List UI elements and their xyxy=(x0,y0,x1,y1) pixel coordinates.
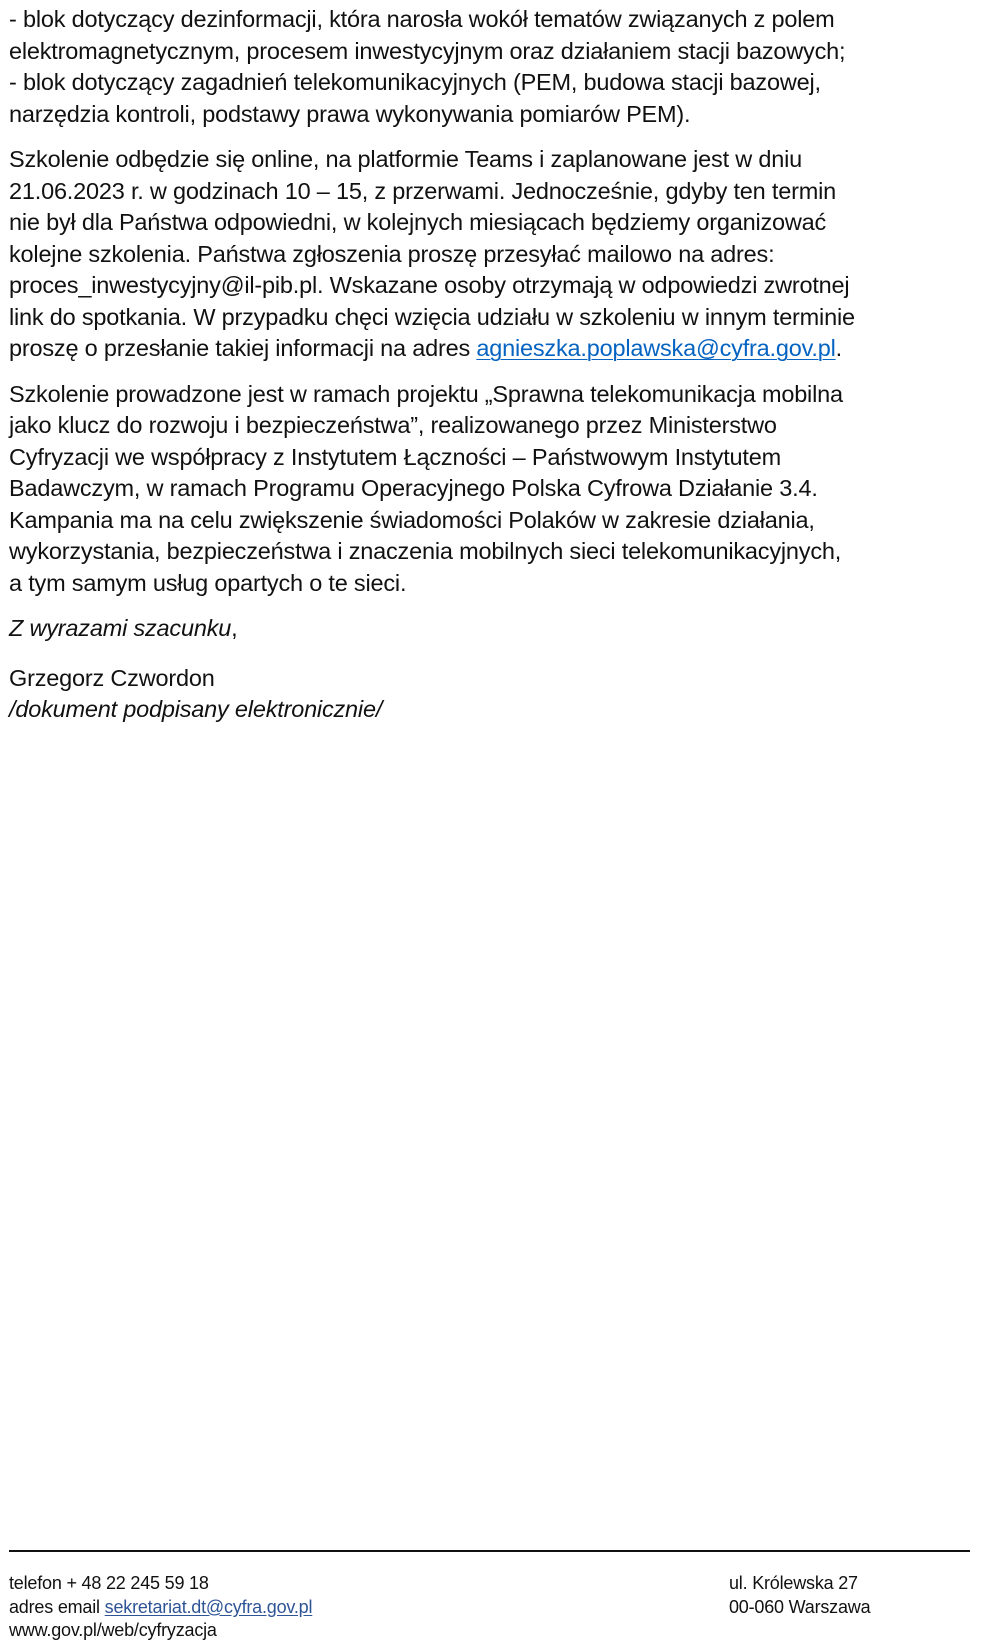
paragraph-line: link do spotkania. W przypadku chęci wzi… xyxy=(9,302,989,334)
paragraph-line: proces_inwestycyjny@il-pib.pl. Wskazane … xyxy=(9,270,989,302)
paragraph-line: nie był dla Państwa odpowiedni, w kolejn… xyxy=(9,207,989,239)
salutation-punctuation: , xyxy=(231,615,237,641)
paragraph-line: Badawczym, w ramach Programu Operacyjneg… xyxy=(9,473,989,505)
paragraph-line: Kampania ma na celu zwiększenie świadomo… xyxy=(9,505,989,537)
contact-email-link[interactable]: agnieszka.poplawska@cyfra.gov.pl xyxy=(476,335,835,361)
footer-street: ul. Królewska 27 xyxy=(729,1572,870,1596)
paragraph-line: proszę o przesłanie takiej informacji na… xyxy=(9,333,989,365)
paragraph-line: Cyfryzacji we współpracy z Instytutem Łą… xyxy=(9,442,989,474)
project-info-paragraph: Szkolenie prowadzone jest w ramach proje… xyxy=(9,379,989,600)
footer-email-label: adres email xyxy=(9,1597,105,1617)
footer-address: ul. Królewska 27 00-060 Warszawa xyxy=(729,1572,870,1619)
paragraph-line: 21.06.2023 r. w godzinach 10 – 15, z prz… xyxy=(9,176,989,208)
paragraph-line: Szkolenie odbędzie się online, na platfo… xyxy=(9,144,989,176)
training-info-paragraph: Szkolenie odbędzie się online, na platfo… xyxy=(9,144,989,365)
paragraph-line: a tym samym usług opartych o te sieci. xyxy=(9,568,989,600)
topics-line: - blok dotyczący zagadnień telekomunikac… xyxy=(9,67,989,99)
topics-line: - blok dotyczący dezinformacji, która na… xyxy=(9,4,989,36)
letter-body: - blok dotyczący dezinformacji, która na… xyxy=(9,4,989,740)
signer-name: Grzegorz Czwordon xyxy=(9,663,989,695)
paragraph-line: Szkolenie prowadzone jest w ramach proje… xyxy=(9,379,989,411)
closing-salutation: Z wyrazami szacunku, xyxy=(9,613,989,645)
topics-block-list: - blok dotyczący dezinformacji, która na… xyxy=(9,4,989,130)
link-prefix-text: proszę o przesłanie takiej informacji na… xyxy=(9,335,476,361)
footer-city: 00-060 Warszawa xyxy=(729,1596,870,1620)
paragraph-line: jako klucz do rozwoju i bezpieczeństwa”,… xyxy=(9,410,989,442)
signature-note: /dokument podpisany elektronicznie/ xyxy=(9,694,989,726)
footer-divider xyxy=(9,1550,970,1552)
link-suffix-text: . xyxy=(836,335,842,361)
topics-line: elektromagnetycznym, procesem inwestycyj… xyxy=(9,36,989,68)
topics-line: narzędzia kontroli, podstawy prawa wykon… xyxy=(9,99,989,131)
paragraph-line: wykorzystania, bezpieczeństwa i znaczeni… xyxy=(9,536,989,568)
signature-block: Grzegorz Czwordon /dokument podpisany el… xyxy=(9,663,989,726)
footer-website: www.gov.pl/web/cyfryzacja xyxy=(9,1619,312,1643)
footer-email-link[interactable]: sekretariat.dt@cyfra.gov.pl xyxy=(105,1597,313,1617)
salutation-text: Z wyrazami szacunku xyxy=(9,615,231,641)
footer-contact: telefon + 48 22 245 59 18 adres email se… xyxy=(9,1572,312,1643)
footer-phone: telefon + 48 22 245 59 18 xyxy=(9,1572,312,1596)
paragraph-line: kolejne szkolenia. Państwa zgłoszenia pr… xyxy=(9,239,989,271)
